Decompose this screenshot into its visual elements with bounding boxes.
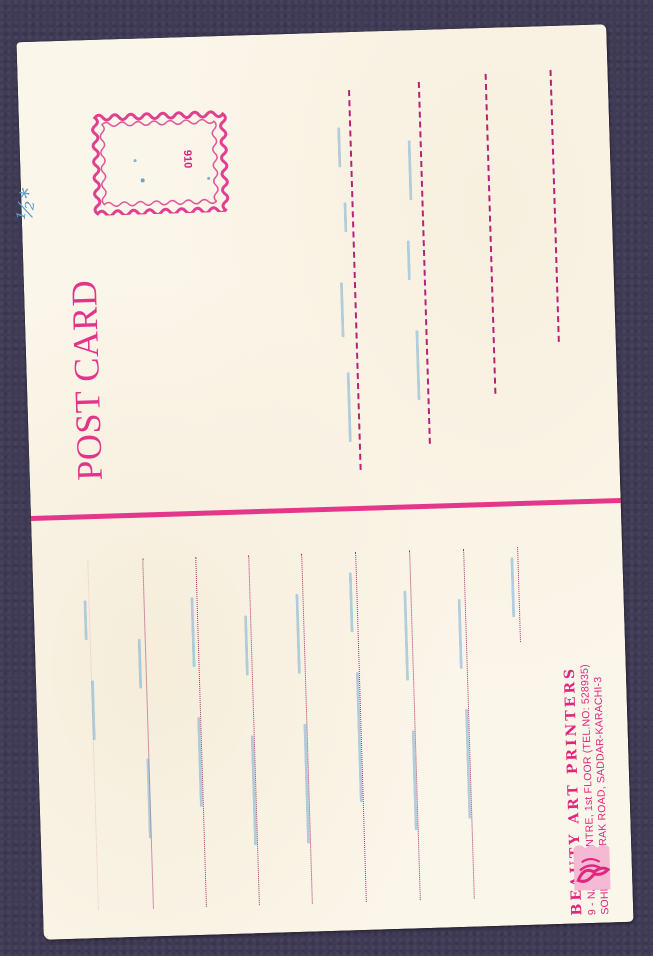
- center-divider: [31, 498, 621, 521]
- stamp-box: 910: [89, 108, 234, 216]
- stamp-number: 910: [181, 150, 194, 169]
- handwritten-mark: ½*: [13, 187, 42, 223]
- post-card-title: POST CARD: [63, 265, 110, 496]
- message-line-2: [142, 559, 154, 909]
- message-line-9: [517, 547, 521, 642]
- printer-logo-icon: [569, 839, 615, 894]
- wavy-frame-icon: [89, 108, 234, 216]
- address-line-3: [485, 74, 497, 394]
- message-line-4: [248, 555, 260, 905]
- postcard: ½* 910 POST CARD: [16, 24, 633, 940]
- message-line-7: [409, 550, 421, 900]
- address-line-4: [550, 70, 560, 342]
